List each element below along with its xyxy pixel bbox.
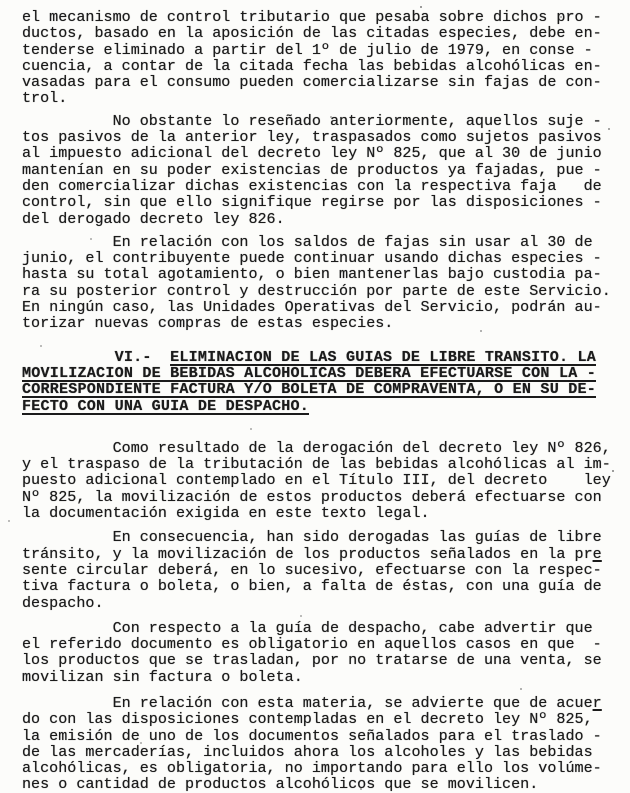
- paragraph-control-tributario: el mecanismo de control tributario que p…: [22, 9, 626, 107]
- paragraph-guias-derogadas-text: En consecuencia, han sido derogadas las …: [22, 528, 602, 562]
- paragraph-emision-documentos-rest: do con las disposiciones contempladas en…: [22, 710, 602, 793]
- document-page: el mecanismo de control tributario que p…: [0, 0, 630, 793]
- section-number: VI.-: [22, 348, 170, 366]
- paragraph-guias-derogadas-rest: sente circular deberá, en lo sucesivo, e…: [22, 561, 602, 612]
- paragraph-guias-derogadas: En consecuencia, han sido derogadas las …: [22, 529, 626, 610]
- scan-noise: [0, 0, 2, 2]
- paragraph-emision-documentos: En relación con esta materia, se adviert…: [22, 695, 626, 793]
- paragraph-saldos-fajas: En relación con los saldos de fajas sin …: [22, 234, 626, 332]
- section-heading: VI.- ELIMINACION DE LAS GUIAS DE LIBRE T…: [22, 349, 626, 414]
- paragraph-derogacion-826: Como resultado de la derogación del decr…: [22, 440, 626, 521]
- paragraph-guia-despacho: Con respecto a la guía de despacho, cabe…: [22, 620, 626, 685]
- underlined-continuation-letter: e: [593, 545, 602, 563]
- paragraph-emision-documentos-text: En relación con esta materia, se adviert…: [22, 694, 593, 712]
- underlined-continuation-letter: r: [593, 694, 602, 712]
- paragraph-sujetos-pasivos: No obstante lo reseñado anteriormente, a…: [22, 113, 626, 227]
